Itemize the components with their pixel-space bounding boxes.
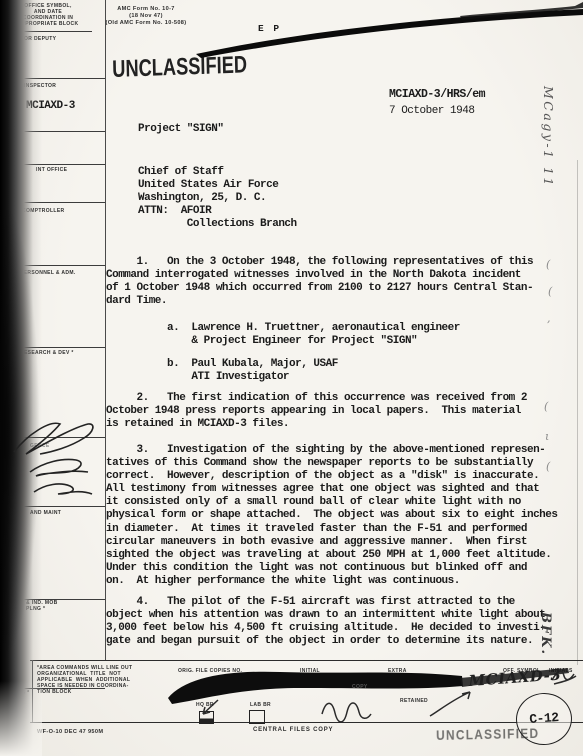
document-date: 7 October 1948 (389, 105, 474, 118)
paragraph-4: 4. The pilot of the F-51 aircraft was fi… (106, 596, 545, 648)
margin-initials-bfk: BFK. (538, 612, 553, 656)
margin-tick: ( (548, 285, 552, 298)
subject-line: Project "SIGN" (138, 123, 223, 136)
area-commands-note: *AREA COMMANDS WILL LINE OUT ORGANIZATIO… (37, 666, 132, 696)
margin-tick: ( (544, 400, 548, 413)
paragraph-3: 3. Investigation of the sighting by the … (106, 444, 557, 588)
hq-br-checkbox (199, 711, 214, 724)
margin-tick: ( (546, 258, 550, 271)
office-symbol-line: MCIAXD-3/HRS/em (389, 88, 485, 101)
margin-tick: ι (545, 430, 549, 443)
unclassified-stamp-top: UNCLASSIFIED (112, 51, 247, 84)
footer-bottom-line (30, 722, 583, 723)
footer-lab-br-label: LAB BR (250, 702, 271, 708)
form-old-number: (Old AMC Form No. 10-508) (90, 20, 202, 27)
footer-scribble (322, 703, 371, 722)
footer-form-number: WF-O-10 DEC 47 950M (37, 729, 103, 736)
page-edge-line (577, 160, 578, 665)
retained-arrow (430, 692, 470, 716)
footer-retained-label: RETAINED (400, 698, 428, 704)
footer-col-extra: EXTRA (388, 668, 407, 674)
top-scan-stroke-tail (460, 2, 583, 20)
footer-hq-br-label: HQ BR (196, 702, 214, 708)
paragraph-1: 1. On the 3 October 1948, the following … (106, 256, 533, 308)
paragraph-2: 2. The first indication of this occurren… (106, 392, 527, 431)
address-block: Chief of Staff United States Air Force W… (138, 166, 297, 231)
top-ep-mark: E P (258, 22, 281, 35)
margin-tick: , (547, 312, 551, 325)
binding-shadow (0, 0, 42, 756)
unclassified-stamp-bottom: UNCLASSIFIED (436, 725, 539, 743)
form-number: AMC Form No. 10-7 (96, 6, 196, 13)
margin-tick: ( (546, 460, 550, 473)
scanned-document-page: OFFICE SYMBOL, AND DATE COORDINATION IN … (0, 0, 583, 756)
central-files-copy: CENTRAL FILES COPY (253, 727, 333, 733)
list-item-a: a. Lawrence H. Truettner, aeronautical e… (106, 322, 460, 348)
list-item-b: b. Paul Kubala, Major, USAF ATI Investig… (106, 358, 338, 384)
lab-br-checkbox (249, 710, 265, 724)
footer-col-initial: INITIAL (300, 668, 320, 674)
footer-col-orig: ORIG. FILE COPIES NO. (178, 668, 242, 674)
top-scan-stroke (196, 9, 583, 58)
footer-col-copy: COPY (352, 684, 368, 690)
footer-top-line (30, 660, 583, 661)
form-revision-date: (18 Nov 47) (96, 13, 196, 20)
footer-office-symbol-script: MCIAXD-3 (468, 666, 562, 690)
margin-vertical-note: MCagy-1 11 (541, 86, 556, 188)
